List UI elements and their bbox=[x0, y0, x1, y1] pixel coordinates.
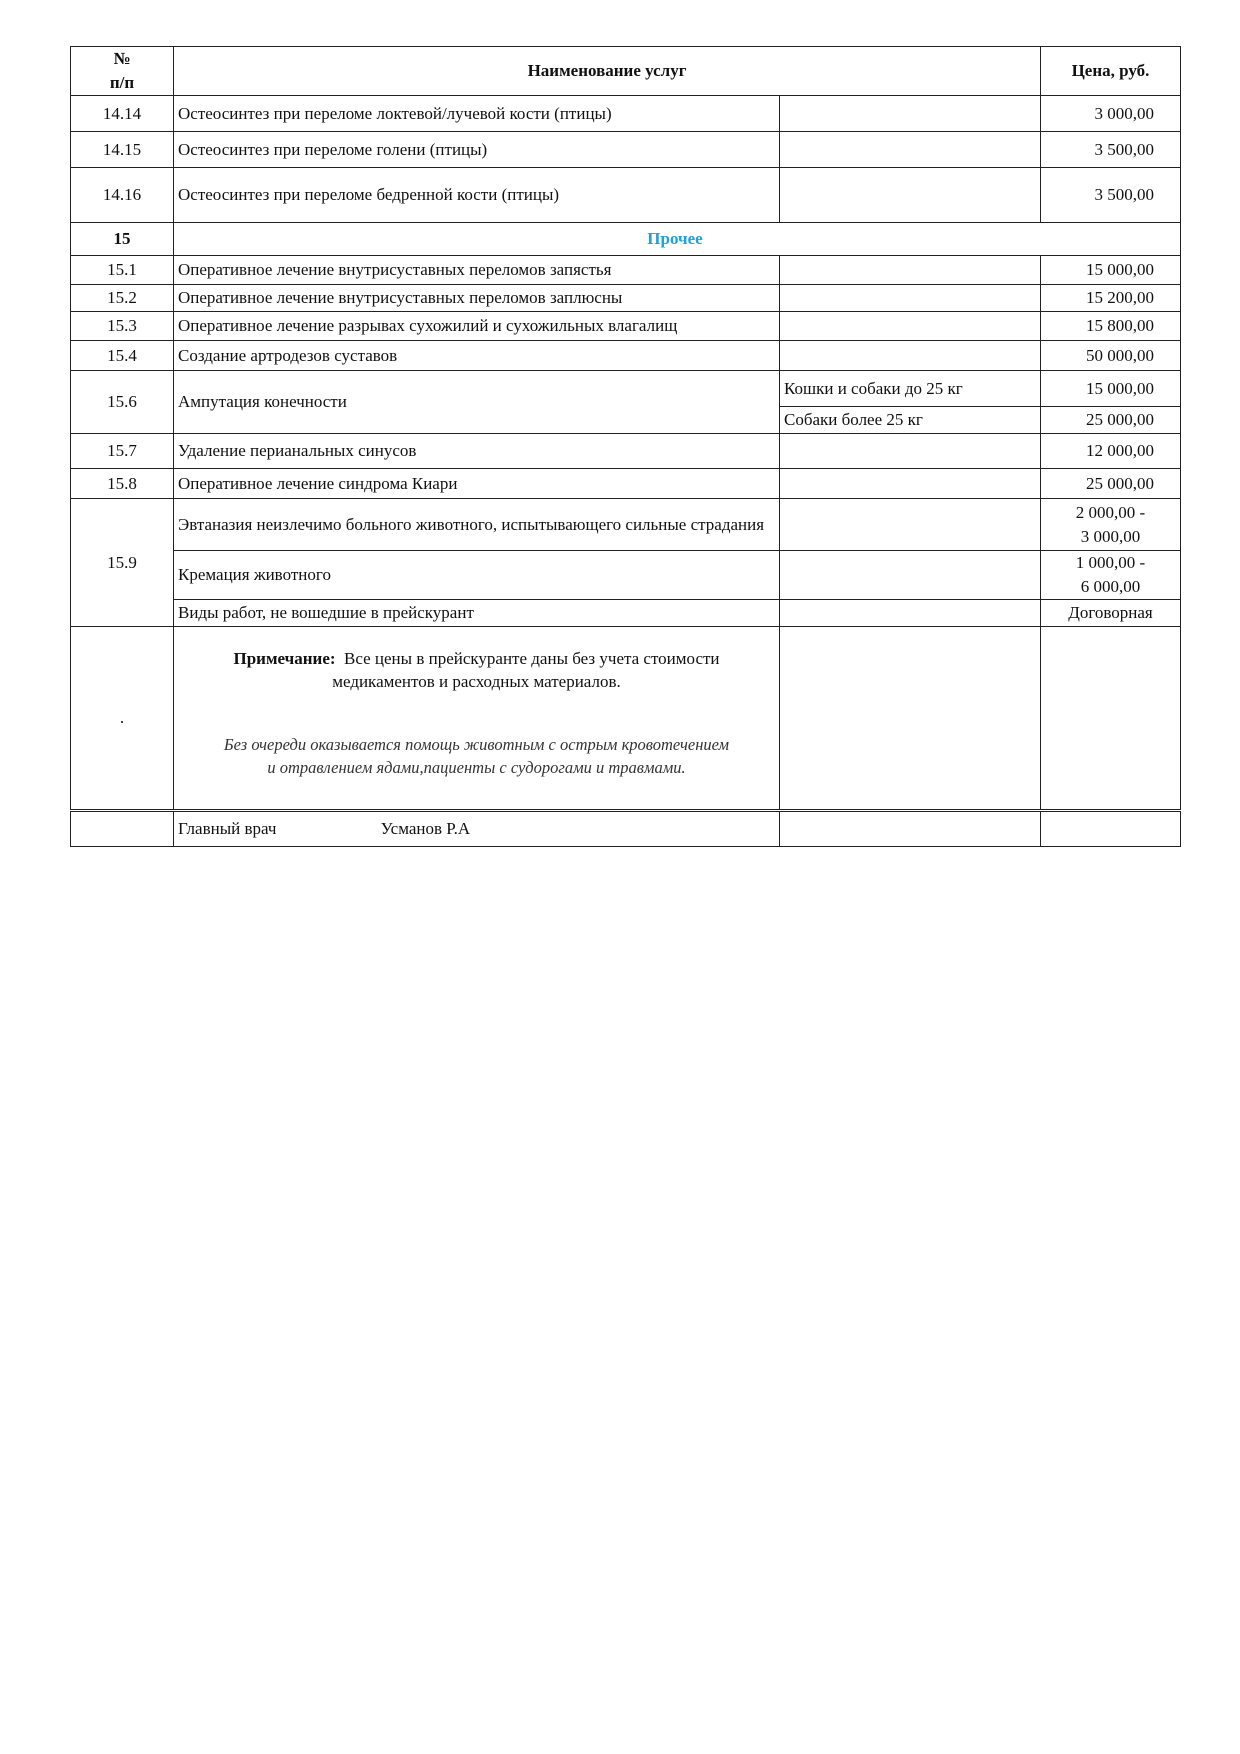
price-range-from: 1 000,00 - bbox=[1045, 551, 1176, 575]
row-price: 1 000,00 - 6 000,00 bbox=[1041, 551, 1181, 600]
row-price: 3 500,00 bbox=[1041, 168, 1181, 223]
note-text-2: медикаментов и расходных материалов. bbox=[178, 670, 775, 693]
row-price: Договорная bbox=[1041, 600, 1181, 627]
note-row: . Примечание: Все цены в прейскуранте да… bbox=[71, 627, 1181, 811]
signature-title: Главный врач bbox=[178, 819, 276, 838]
row-num: 14.15 bbox=[71, 132, 174, 168]
signature-cell: Главный врач Усманов Р.А bbox=[174, 811, 780, 847]
header-num: № п/п bbox=[71, 47, 174, 96]
row-variant bbox=[780, 341, 1041, 371]
row-num: 15.2 bbox=[71, 285, 174, 312]
table-row: 15.6 Ампутация конечности Кошки и собаки… bbox=[71, 371, 1181, 407]
row-name: Эвтаназия неизлечимо больного животного,… bbox=[174, 499, 780, 551]
row-name: Создание артродезов суставов bbox=[174, 341, 780, 371]
section-num: 15 bbox=[71, 223, 174, 256]
signature-name: Усманов Р.А bbox=[381, 819, 470, 838]
row-variant bbox=[780, 551, 1041, 600]
table-row: Виды работ, не вошедшие в прейскурант До… bbox=[71, 600, 1181, 627]
row-num: 15.6 bbox=[71, 371, 174, 434]
row-price: 25 000,00 bbox=[1041, 407, 1181, 434]
note-cell: Примечание: Все цены в прейскуранте даны… bbox=[174, 627, 780, 811]
price-range-from: 2 000,00 - bbox=[1045, 501, 1176, 525]
table-row: 14.14 Остеосинтез при переломе локтевой/… bbox=[71, 96, 1181, 132]
row-name: Оперативное лечение внутрисуставных пере… bbox=[174, 285, 780, 312]
row-num: 15.4 bbox=[71, 341, 174, 371]
row-price: 2 000,00 - 3 000,00 bbox=[1041, 499, 1181, 551]
note-empty-price bbox=[1041, 627, 1181, 811]
row-num: 15.7 bbox=[71, 434, 174, 469]
row-price: 50 000,00 bbox=[1041, 341, 1181, 371]
table-row: 15.1 Оперативное лечение внутрисуставных… bbox=[71, 256, 1181, 285]
header-num-line1: № bbox=[75, 47, 169, 71]
row-name: Остеосинтез при переломе бедренной кости… bbox=[174, 168, 780, 223]
row-name: Оперативное лечение внутрисуставных пере… bbox=[174, 256, 780, 285]
price-range-to: 3 000,00 bbox=[1045, 525, 1176, 549]
price-list-table: № п/п Наименование услуг Цена, руб. 14.1… bbox=[70, 46, 1181, 847]
row-price: 12 000,00 bbox=[1041, 434, 1181, 469]
header-num-line2: п/п bbox=[75, 71, 169, 95]
signature-row: Главный врач Усманов Р.А bbox=[71, 811, 1181, 847]
row-num: 15.1 bbox=[71, 256, 174, 285]
table-row: 15.3 Оперативное лечение разрывах сухожи… bbox=[71, 312, 1181, 341]
table-row: 15.9 Эвтаназия неизлечимо больного живот… bbox=[71, 499, 1181, 551]
table-row: 14.16 Остеосинтез при переломе бедренной… bbox=[71, 168, 1181, 223]
row-name: Остеосинтез при переломе голени (птицы) bbox=[174, 132, 780, 168]
row-name: Оперативное лечение разрывах сухожилий и… bbox=[174, 312, 780, 341]
row-name: Оперативное лечение синдрома Киари bbox=[174, 469, 780, 499]
row-variant: Собаки более 25 кг bbox=[780, 407, 1041, 434]
row-name: Остеосинтез при переломе локтевой/лучево… bbox=[174, 96, 780, 132]
row-variant bbox=[780, 256, 1041, 285]
table-row: 15.8 Оперативное лечение синдрома Киари … bbox=[71, 469, 1181, 499]
row-variant: Кошки и собаки до 25 кг bbox=[780, 371, 1041, 407]
table-row: 15.2 Оперативное лечение внутрисуставных… bbox=[71, 285, 1181, 312]
note-italic-2: и отравлением ядами,пациенты с судорогам… bbox=[178, 756, 775, 779]
section-title: Прочее bbox=[174, 223, 1181, 256]
row-num: 15.3 bbox=[71, 312, 174, 341]
note-marker: . bbox=[71, 627, 174, 811]
row-price: 15 000,00 bbox=[1041, 371, 1181, 407]
header-price: Цена, руб. bbox=[1041, 47, 1181, 96]
table-row: 15.7 Удаление перианальных синусов 12 00… bbox=[71, 434, 1181, 469]
row-price: 3 500,00 bbox=[1041, 132, 1181, 168]
row-price: 15 200,00 bbox=[1041, 285, 1181, 312]
row-price: 15 800,00 bbox=[1041, 312, 1181, 341]
table-row: 15.4 Создание артродезов суставов 50 000… bbox=[71, 341, 1181, 371]
table-row: 14.15 Остеосинтез при переломе голени (п… bbox=[71, 132, 1181, 168]
note-italic-1: Без очереди оказывается помощь животным … bbox=[178, 733, 775, 756]
row-name: Кремация животного bbox=[174, 551, 780, 600]
note-text-1: Все цены в прейскуранте даны без учета с… bbox=[344, 649, 720, 668]
row-variant bbox=[780, 434, 1041, 469]
row-name: Удаление перианальных синусов bbox=[174, 434, 780, 469]
row-variant bbox=[780, 132, 1041, 168]
signature-empty-num bbox=[71, 811, 174, 847]
table-row: Кремация животного 1 000,00 - 6 000,00 bbox=[71, 551, 1181, 600]
row-price: 25 000,00 bbox=[1041, 469, 1181, 499]
row-variant bbox=[780, 469, 1041, 499]
signature-empty-price bbox=[1041, 811, 1181, 847]
table-header-row: № п/п Наименование услуг Цена, руб. bbox=[71, 47, 1181, 96]
signature-empty-variant bbox=[780, 811, 1041, 847]
row-price: 15 000,00 bbox=[1041, 256, 1181, 285]
row-num: 14.14 bbox=[71, 96, 174, 132]
row-variant bbox=[780, 312, 1041, 341]
row-variant bbox=[780, 285, 1041, 312]
row-variant bbox=[780, 600, 1041, 627]
row-num: 15.9 bbox=[71, 499, 174, 627]
note-label: Примечание: bbox=[233, 649, 335, 668]
row-variant bbox=[780, 499, 1041, 551]
note-empty-variant bbox=[780, 627, 1041, 811]
row-name: Ампутация конечности bbox=[174, 371, 780, 434]
row-price: 3 000,00 bbox=[1041, 96, 1181, 132]
row-name: Виды работ, не вошедшие в прейскурант bbox=[174, 600, 780, 627]
header-name: Наименование услуг bbox=[174, 47, 1041, 96]
note-main: Примечание: Все цены в прейскуранте даны… bbox=[178, 647, 775, 670]
row-variant bbox=[780, 96, 1041, 132]
row-num: 15.8 bbox=[71, 469, 174, 499]
row-variant bbox=[780, 168, 1041, 223]
price-range-to: 6 000,00 bbox=[1045, 575, 1176, 599]
row-num: 14.16 bbox=[71, 168, 174, 223]
section-row: 15 Прочее bbox=[71, 223, 1181, 256]
